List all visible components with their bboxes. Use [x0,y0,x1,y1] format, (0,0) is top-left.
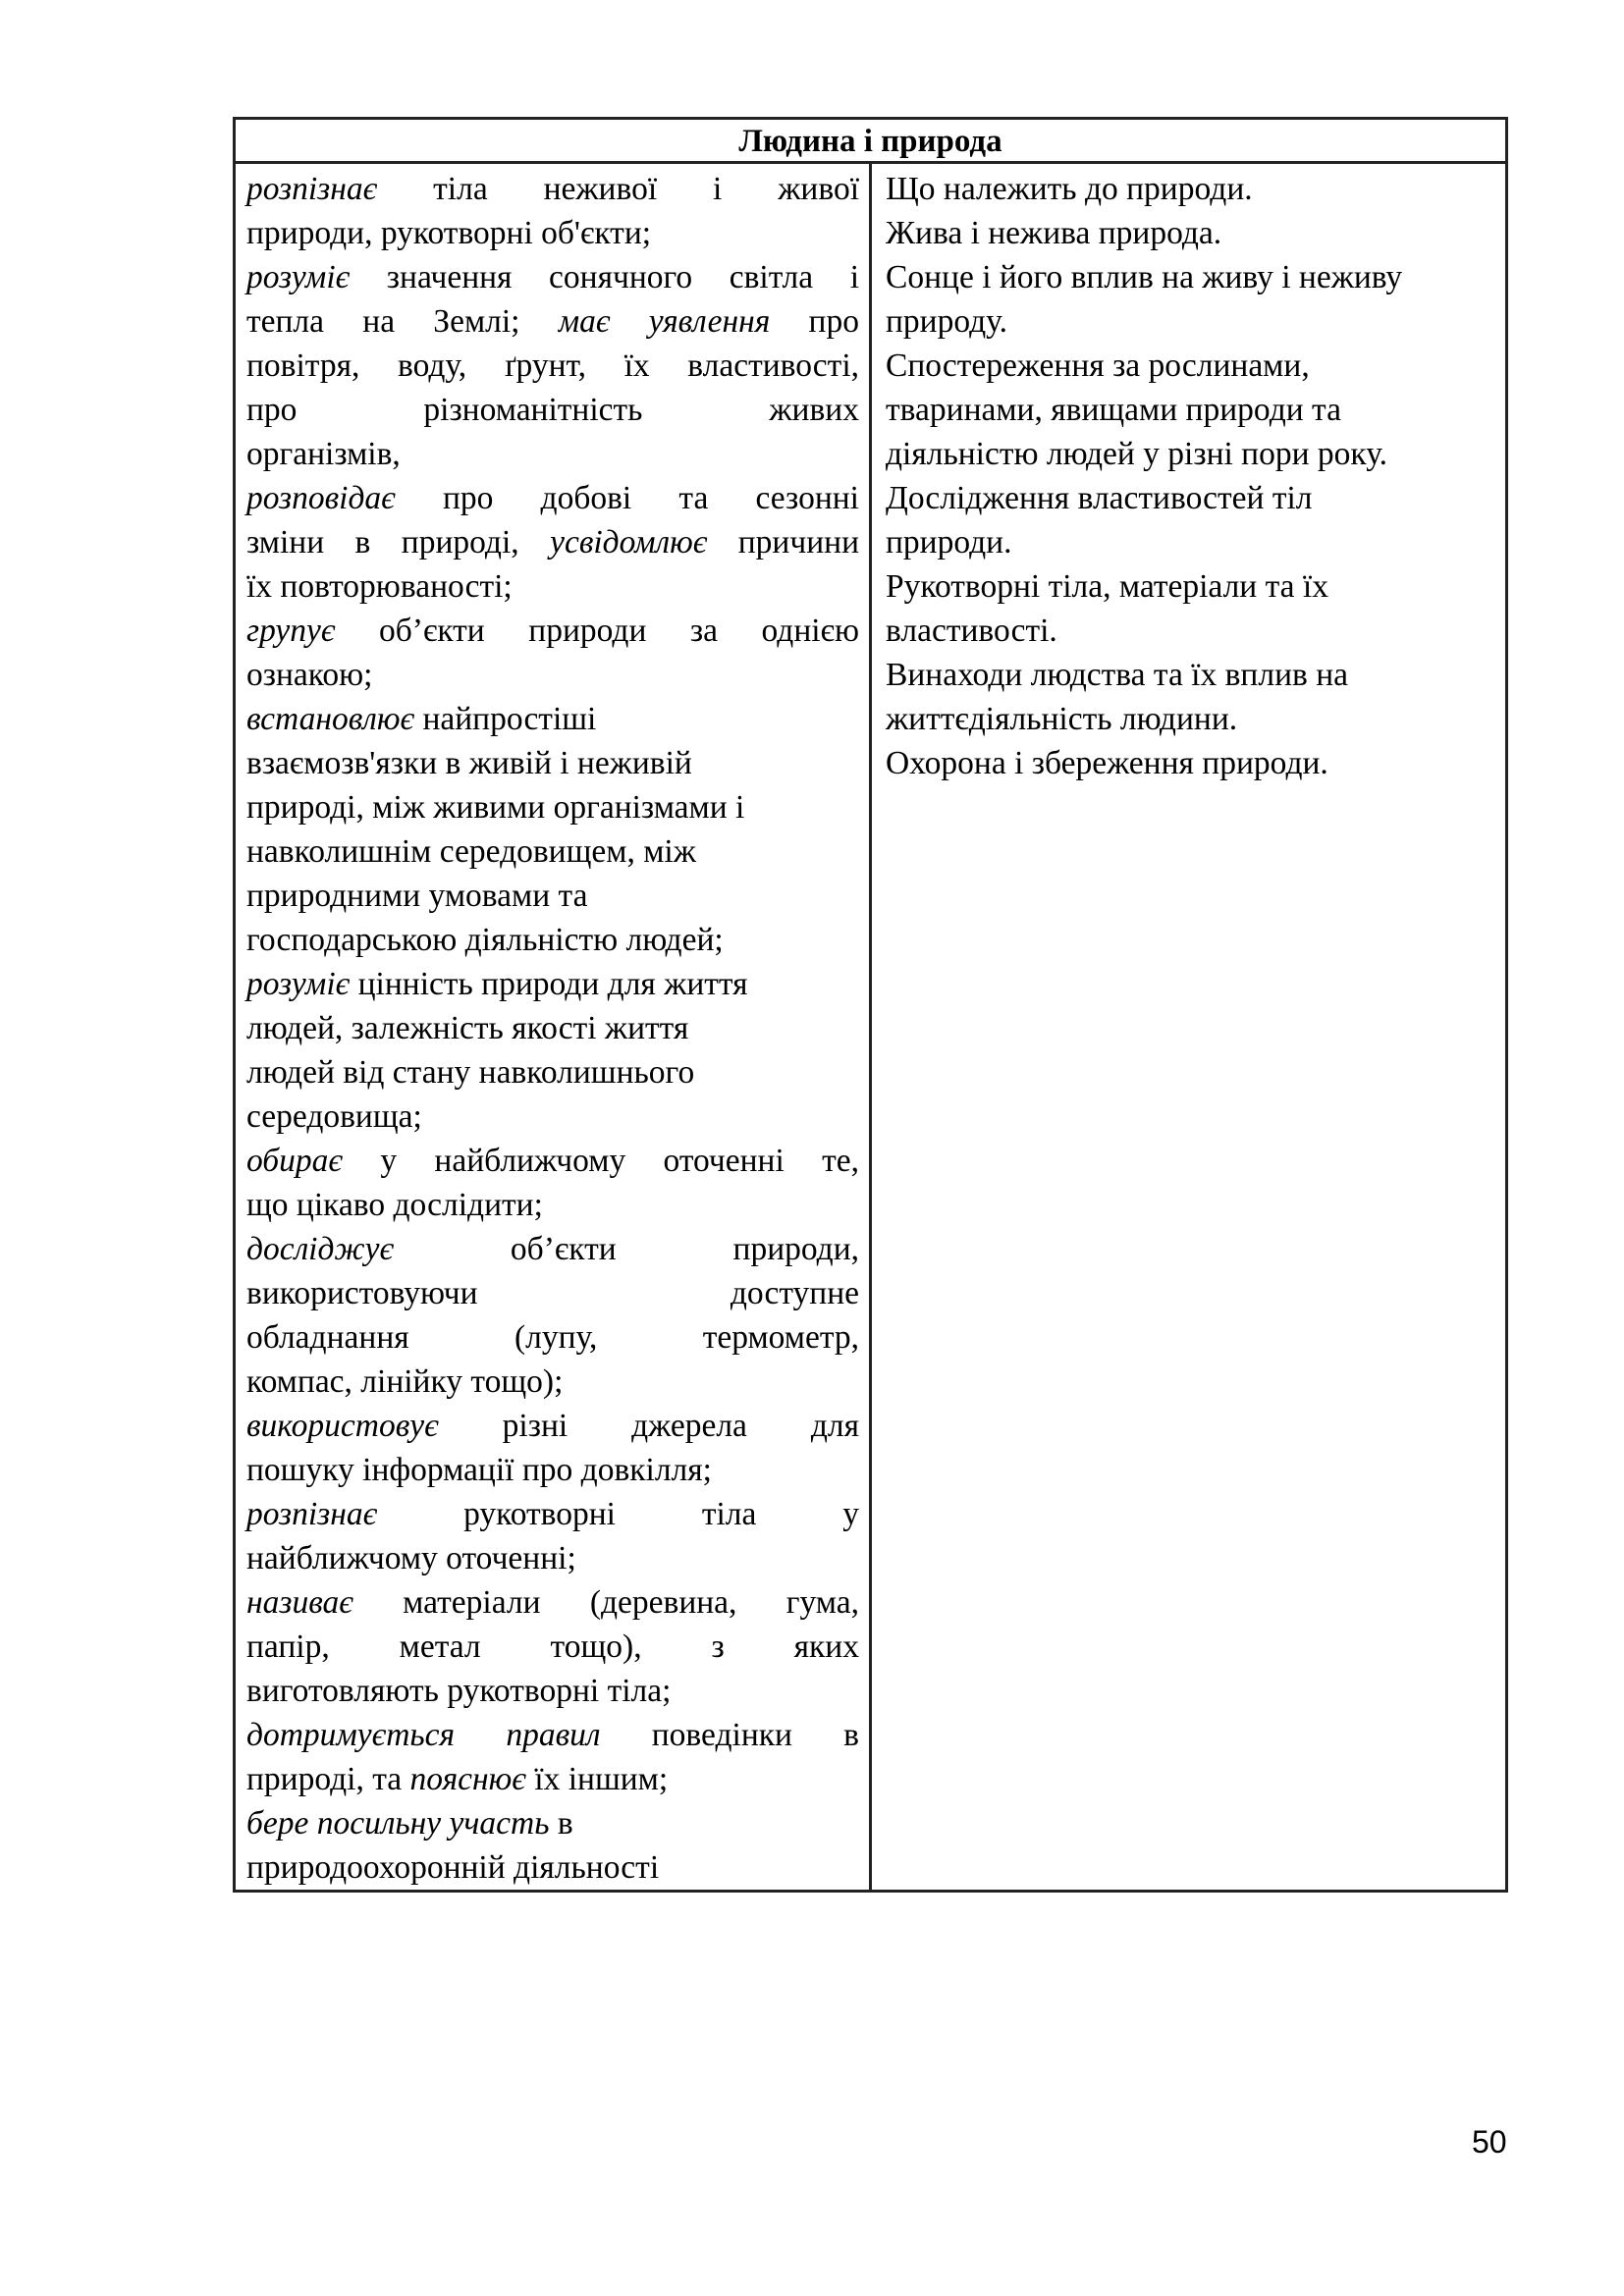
expected-result-line: повітря, воду, ґрунт, їх властивості, [246,344,859,388]
content-topic-line: Що належить до природи. [886,167,1495,211]
line-text: тепла на Землі; [246,303,559,340]
expected-result-line: взаємозв'язки в живій і неживій [246,741,859,785]
expected-result-line: тепла на Землі; має уявлення про [246,299,859,344]
action-verb: встановлює [246,701,414,737]
expected-result-line: розпізнає тіла неживої і живої [246,167,859,211]
line-text: причини [707,524,859,561]
line-text: у найближчому оточенні те, [343,1143,859,1179]
expected-result-line: бере посильну участь в [246,1801,859,1845]
line-text: природними умовами та [246,878,587,914]
expected-result-line: господарською діяльністю людей; [246,918,859,962]
line-text: значення сонячного світла і [350,259,859,295]
expected-result-line: розпізнає рукотворні тіла у [246,1492,859,1536]
line-text: цінність природи для життя [350,966,747,1002]
expected-result-line: виготовляють рукотворні тіла; [246,1669,859,1713]
line-text: виготовляють рукотворні тіла; [246,1673,671,1709]
expected-result-line: природоохоронній діяльності [246,1845,859,1890]
line-text: про добові та сезонні [396,480,859,516]
expected-result-line: природними умовами та [246,874,859,918]
table-row: розпізнає тіла неживої і живоїприроди, р… [235,163,1507,1892]
content-topic-line: Охорона і збереження природи. [886,741,1495,785]
expected-result-line: розповідає про добові та сезонні [246,476,859,520]
action-verb: розповідає [246,480,396,516]
table-header-title: Людина і природа [235,119,1507,163]
line-text: повітря, воду, ґрунт, їх властивості, [246,347,859,384]
action-verb: розпізнає [246,171,377,207]
expected-result-line: людей, залежність якості життя [246,1006,859,1050]
expected-result-line: що цікаво дослідити; [246,1183,859,1227]
action-verb: використовує [246,1408,439,1444]
expected-result-line: дотримується правил поведінки в [246,1713,859,1757]
line-text: що цікаво дослідити; [246,1187,543,1223]
line-text: людей, залежність якості життя [246,1010,688,1046]
curriculum-table: Людина і природа розпізнає тіла неживої … [233,117,1508,1893]
content-topic-line: Сонце і його вплив на живу і неживу [886,255,1495,299]
content-topic-line: діяльністю людей у різні пори року. [886,432,1495,476]
line-text: об’єкти природи за однією [335,613,859,649]
expected-result-line: їх повторюваності; [246,564,859,609]
content-topic-line: Винаходи людства та їх вплив на [886,653,1495,697]
line-text: матеріали (деревина, гума, [353,1584,859,1621]
content-topic-line: Рукотворні тіла, матеріали та їх [886,564,1495,609]
line-text: найближчому оточенні; [246,1540,576,1576]
content-topic-line: Жива і нежива природа. [886,211,1495,255]
expected-result-line: організмів, [246,432,859,476]
expected-result-line: ознакою; [246,653,859,697]
line-text: об’єкти природи, [394,1231,859,1267]
line-text: взаємозв'язки в живій і неживій [246,745,692,781]
action-verb: обирає [246,1143,343,1179]
action-verb: має уявлення [559,303,771,340]
action-verb: називає [246,1584,353,1621]
line-text: обладнання (лупу, термометр, [246,1319,859,1356]
content-topic-line: тваринами, явищами природи та [886,388,1495,432]
expected-result-line: пошуку інформації про довкілля; [246,1448,859,1492]
expected-result-line: природі, між живими організмами і [246,785,859,829]
expected-result-line: використовуючи доступне [246,1271,859,1315]
action-verb: розуміє [246,259,350,295]
action-verb: усвідомлює [550,524,707,561]
action-verb: розуміє [246,966,350,1002]
line-text: їх іншим; [526,1761,668,1797]
line-text: пошуку інформації про довкілля; [246,1452,712,1488]
expected-results-cell: розпізнає тіла неживої і живоїприроди, р… [235,163,871,1892]
line-text: рукотворні тіла у [377,1496,859,1532]
line-text: природі, та [246,1761,410,1797]
expected-result-line: навколишнім середовищем, між [246,829,859,874]
expected-result-line: досліджує об’єкти природи, [246,1227,859,1271]
content-topic-line: властивості. [886,609,1495,653]
expected-result-line: розуміє цінність природи для життя [246,962,859,1006]
line-text: найпростіші [414,701,596,737]
line-text: їх повторюваності; [246,568,513,605]
expected-result-line: використовує різні джерела для [246,1404,859,1448]
expected-result-line: розуміє значення сонячного світла і [246,255,859,299]
line-text: папір, метал тощо), з яких [246,1629,859,1665]
action-verb: пояснює [410,1761,526,1797]
line-text: про різноманітність живих [246,392,859,428]
line-text: людей від стану навколишнього [246,1054,694,1091]
action-verb: розпізнає [246,1496,377,1532]
expected-result-line: групує об’єкти природи за однією [246,609,859,653]
line-text: навколишнім середовищем, між [246,833,696,870]
action-verb: досліджує [246,1231,394,1267]
expected-result-line: найближчому оточенні; [246,1536,859,1580]
line-text: компас, лінійку тощо); [246,1363,563,1400]
line-text: природи, рукотворні об'єкти; [246,215,651,251]
expected-result-line: папір, метал тощо), з яких [246,1625,859,1669]
line-text: природі, між живими організмами і [246,789,744,826]
expected-result-line: називає матеріали (деревина, гума, [246,1580,859,1625]
expected-result-line: обирає у найближчому оточенні те, [246,1139,859,1183]
content-topic-line: Дослідження властивостей тіл [886,476,1495,520]
expected-result-line: середовища; [246,1095,859,1139]
line-text: тіла неживої і живої [377,171,859,207]
content-topics-cell: Що належить до природи.Жива і нежива при… [871,163,1507,1892]
line-text: організмів, [246,436,401,472]
line-text: природоохоронній діяльності [246,1849,659,1886]
line-text: господарською діяльністю людей; [246,922,724,958]
content-topic-line: життєдіяльність людини. [886,697,1495,741]
page-number: 50 [1472,2124,1507,2161]
line-text: зміни в природі, [246,524,550,561]
line-text: середовища; [246,1098,422,1135]
document-page: Людина і природа розпізнає тіла неживої … [0,0,1624,2296]
expected-result-line: про різноманітність живих [246,388,859,432]
content-topic-line: природи. [886,520,1495,564]
line-text: про [770,303,859,340]
action-verb: бере посильну участь [246,1805,549,1842]
expected-result-line: природі, та пояснює їх іншим; [246,1757,859,1801]
line-text: ознакою; [246,657,372,693]
action-verb: дотримується правил [246,1717,601,1753]
action-verb: групує [246,613,335,649]
line-text: поведінки в [601,1717,860,1753]
content-topic-line: Спостереження за рослинами, [886,344,1495,388]
expected-result-line: природи, рукотворні об'єкти; [246,211,859,255]
expected-result-line: компас, лінійку тощо); [246,1360,859,1404]
expected-result-line: людей від стану навколишнього [246,1050,859,1095]
expected-result-line: встановлює найпростіші [246,697,859,741]
expected-result-line: зміни в природі, усвідомлює причини [246,520,859,564]
line-text: в [549,1805,572,1842]
line-text: різні джерела для [439,1408,859,1444]
table-header-row: Людина і природа [235,119,1507,163]
content-topic-line: природу. [886,299,1495,344]
line-text: використовуючи доступне [246,1275,859,1311]
expected-result-line: обладнання (лупу, термометр, [246,1315,859,1360]
